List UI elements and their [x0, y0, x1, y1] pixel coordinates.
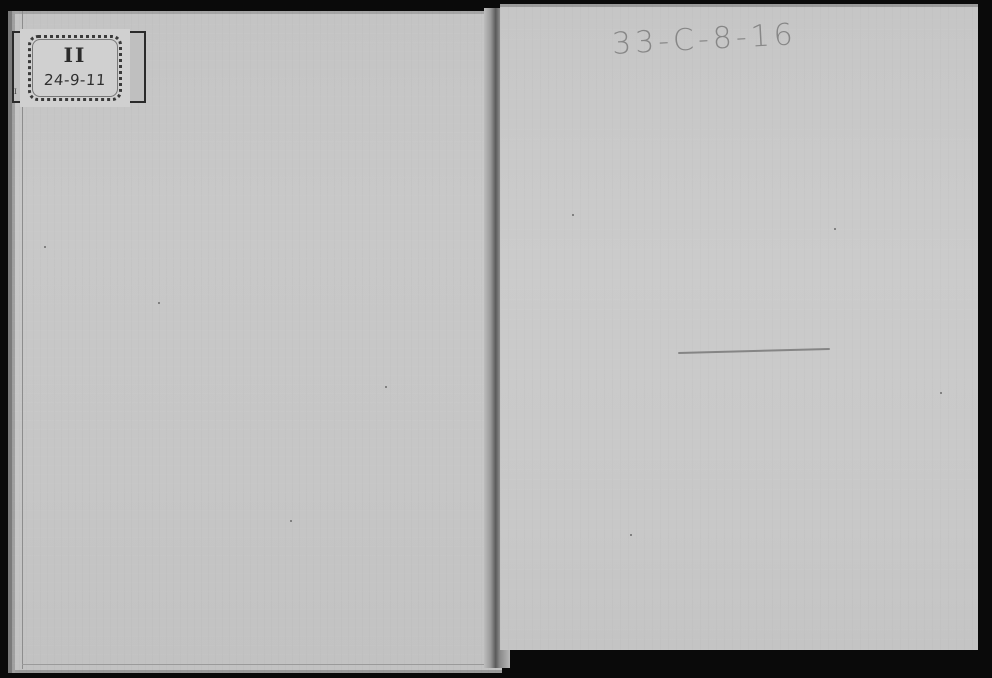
paper-speck	[630, 534, 632, 536]
label-date: 24-9-11	[19, 71, 130, 89]
scan-right-edge	[978, 4, 992, 664]
cover-edge-line	[22, 11, 23, 669]
library-label: II 24-9-11	[20, 29, 130, 107]
label-bracket-mark: I	[14, 88, 17, 96]
paper-speck	[834, 228, 836, 230]
left-page-inside-cover	[8, 11, 502, 673]
paper-speck	[940, 392, 942, 394]
paper-speck	[385, 386, 387, 388]
paper-speck	[572, 214, 574, 216]
cover-bottom-line	[22, 664, 502, 665]
paper-speck	[44, 246, 46, 248]
book-scan: I II 24-9-11 33-C-8-16	[0, 0, 992, 678]
paper-speck	[158, 302, 160, 304]
paper-speck	[290, 520, 292, 522]
label-roman-numeral: II	[20, 43, 130, 67]
right-page-first-leaf	[500, 4, 981, 650]
